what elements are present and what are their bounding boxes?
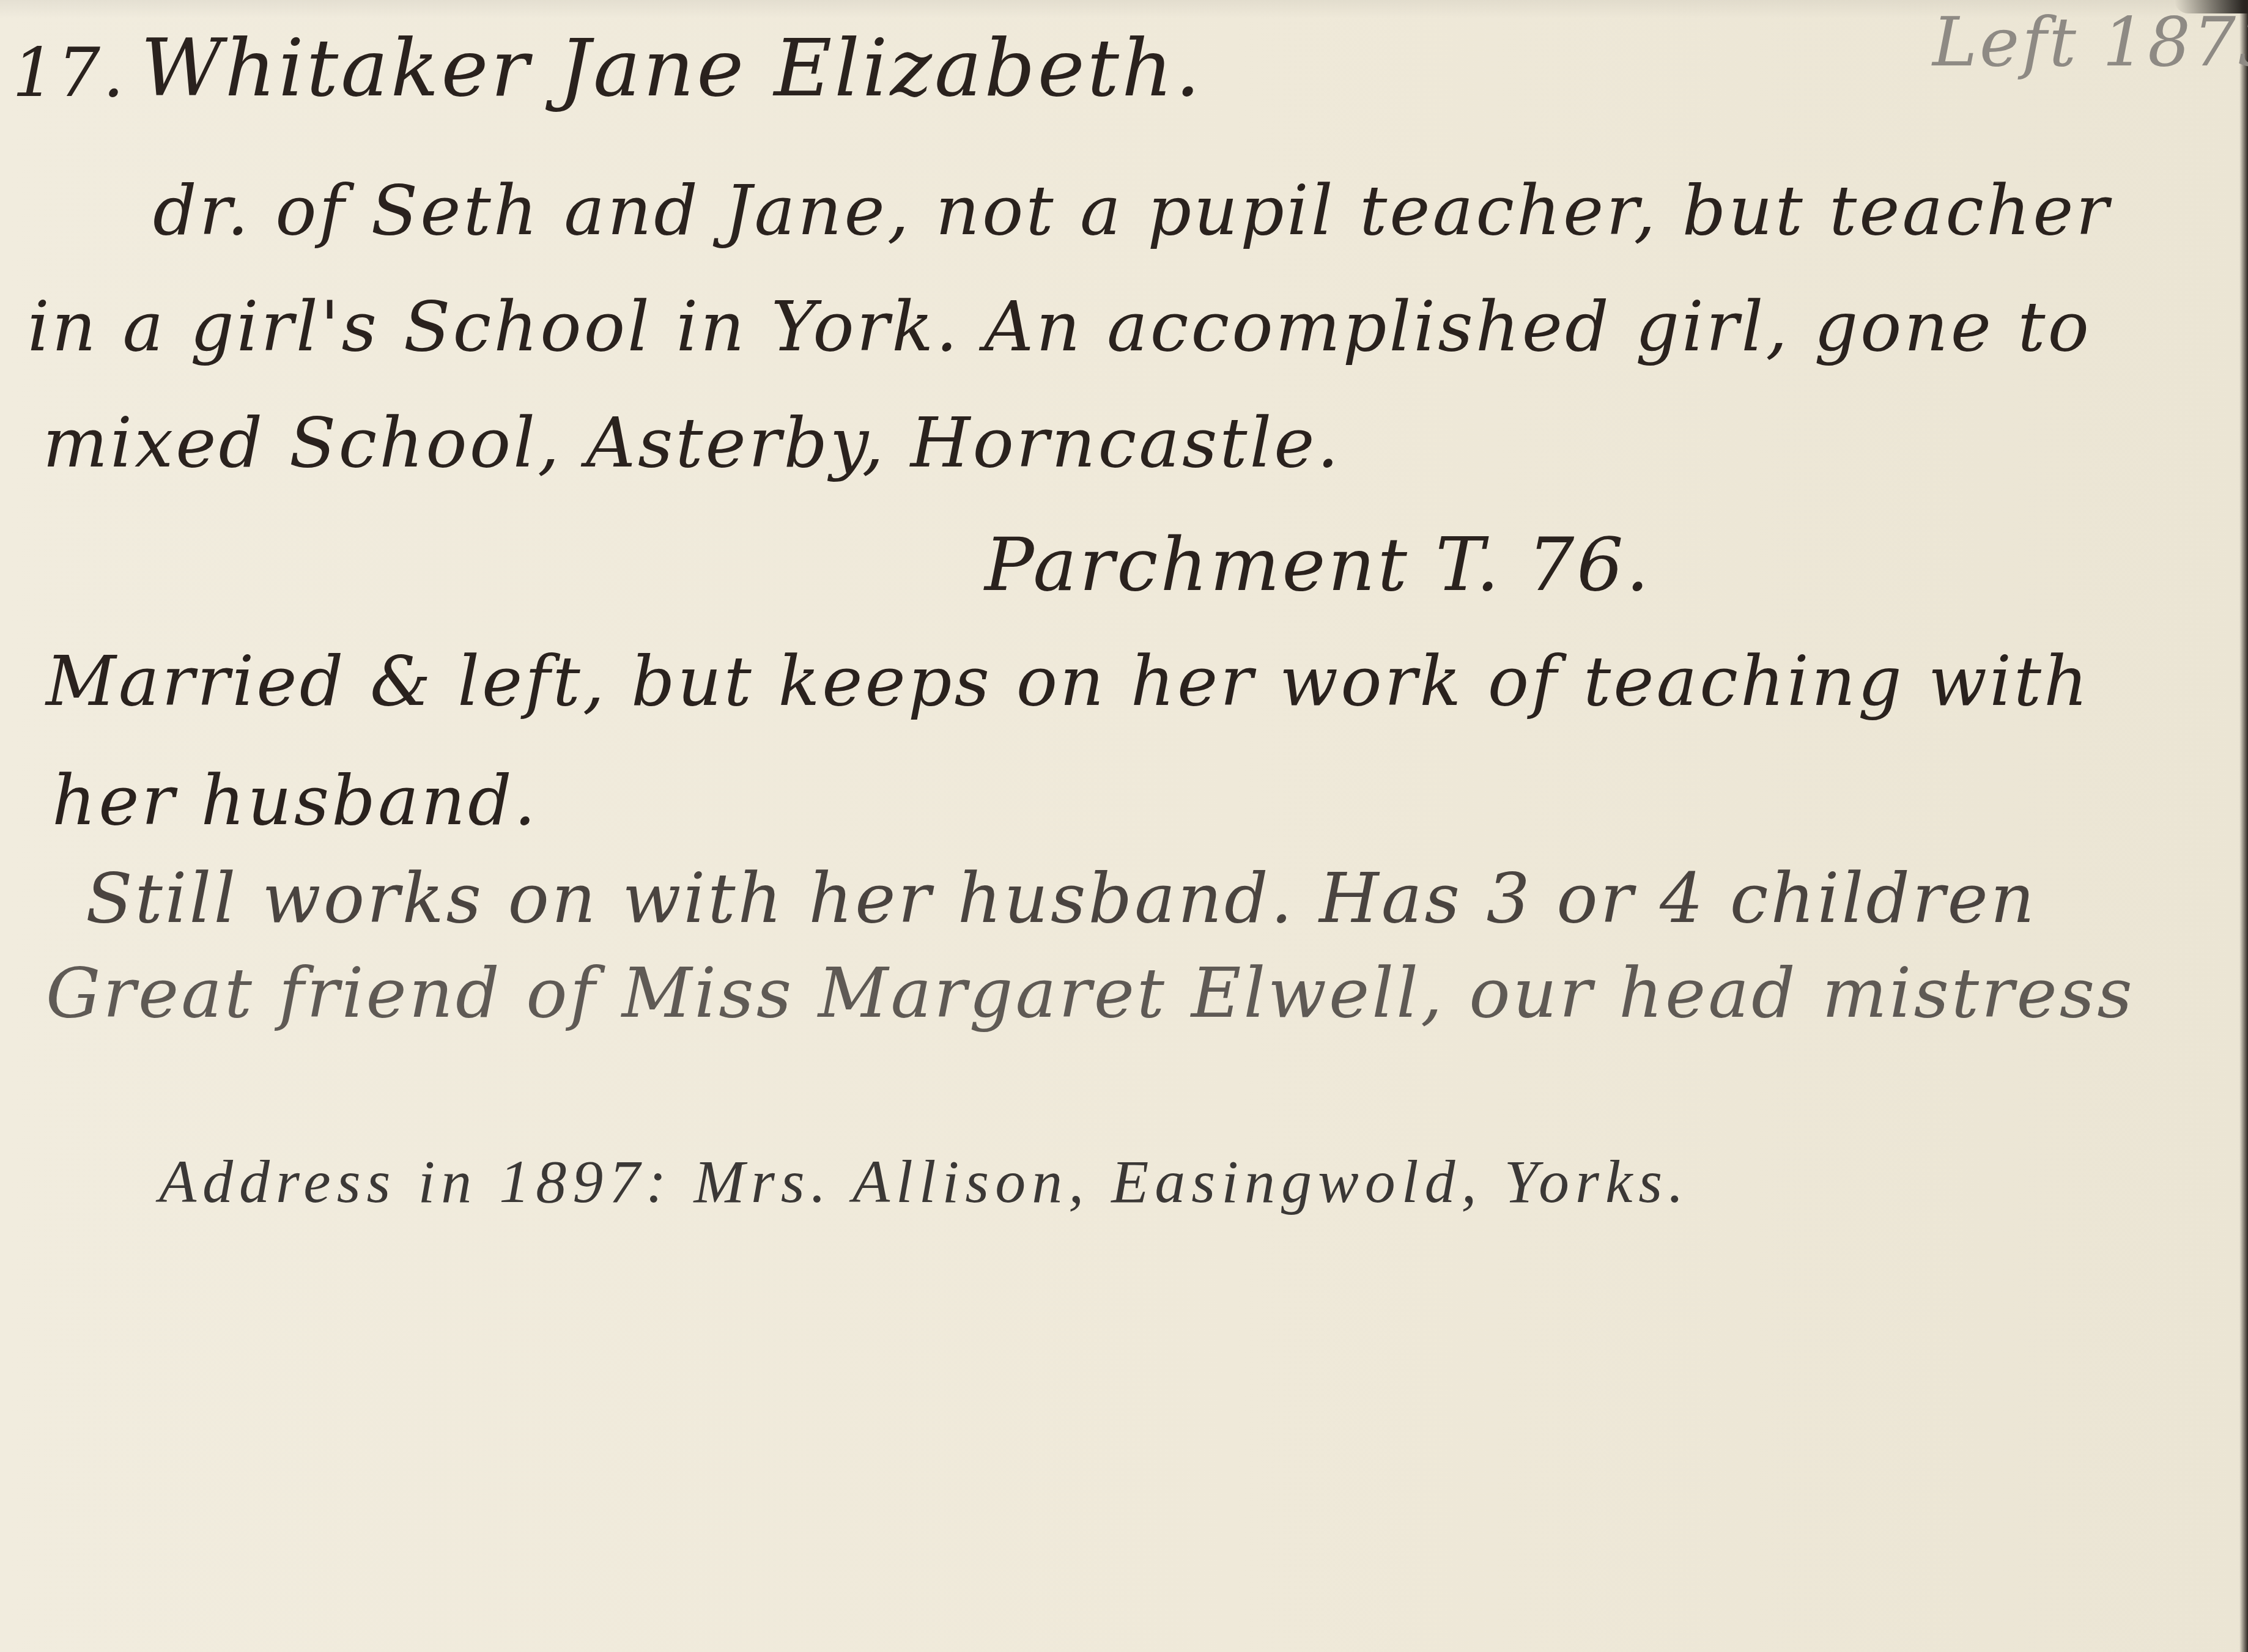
entry-line-school-york: in a girl's School in York. An accomplis… bbox=[28, 287, 2091, 367]
entry-line-great-friend: Great friend of Miss Margaret Elwell, ou… bbox=[46, 954, 2135, 1033]
entry-name: Whitaker Jane Elizabeth. bbox=[141, 21, 1203, 114]
entry-line-still-works: Still works on with her husband. Has 3 o… bbox=[86, 859, 2037, 938]
entry-line-parentage: dr. of Seth and Jane, not a pupil teache… bbox=[153, 171, 2111, 251]
entry-line-married: Married & left, but keeps on her work of… bbox=[46, 642, 2090, 721]
entry-number: 17. bbox=[12, 34, 127, 112]
entry-line-parchment: Parchment T. 76. bbox=[985, 523, 1652, 608]
margin-note-left-year: Left 1873 bbox=[1932, 3, 2248, 81]
page-edge bbox=[2239, 0, 2248, 1652]
entry-line-her-husband: her husband. bbox=[52, 761, 538, 841]
document-page: 17. Whitaker Jane Elizabeth. Left 1873 d… bbox=[0, 0, 2248, 1652]
entry-line-mixed-school: mixed School, Asterby, Horncastle. bbox=[43, 404, 1341, 483]
address-line: Address in 1897: Mrs. Allison, Easingwol… bbox=[159, 1146, 1690, 1217]
